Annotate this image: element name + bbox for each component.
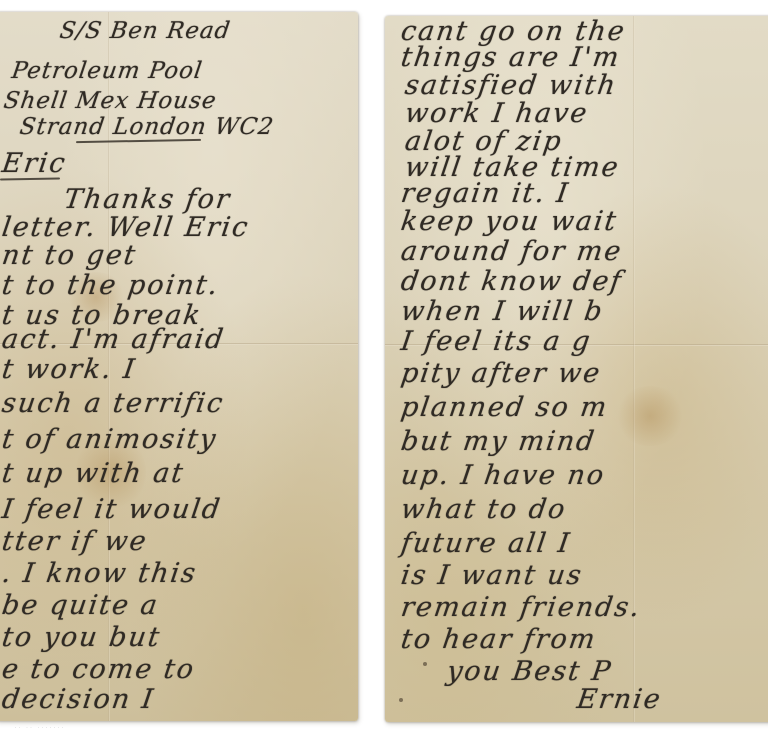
letter-line: be quite a	[0, 590, 161, 621]
signature: Ernie	[575, 684, 664, 715]
header-building: Shell Mex House	[2, 88, 218, 114]
letter-line: is I want us	[399, 560, 585, 591]
header-ship-name: S/S Ben Read	[58, 18, 232, 44]
faint-caption: ·· ·· ·······	[14, 722, 65, 732]
letter-line: what to do	[399, 494, 569, 525]
header-address: Strand London WC2	[18, 114, 276, 140]
letter-line: regain it. I	[399, 178, 572, 209]
closing-line: you Best P	[445, 656, 614, 687]
letter-line: satisfied with	[403, 70, 619, 101]
letter-line: . I know this	[0, 558, 199, 589]
letter-page-left: S/S Ben Read Petroleum Pool Shell Mex Ho…	[0, 12, 358, 721]
letter-line: such a terrific	[0, 388, 226, 419]
letter-line: decision I	[0, 684, 157, 715]
letter-line: I feel its a g	[399, 326, 594, 357]
letter-line: nt to get	[0, 240, 139, 271]
letter-line: work I have	[403, 98, 591, 129]
letter-line: letter. Well Eric	[0, 212, 252, 243]
letter-line: act. I'm afraid	[0, 324, 227, 355]
letter-line: future all I	[399, 528, 573, 559]
letter-line: around for me	[399, 236, 625, 267]
letter-line: I feel it would	[0, 494, 224, 525]
ink-spot	[423, 662, 427, 666]
letter-page-right: cant go on the things are I'm satisfied …	[385, 16, 768, 722]
letter-line: Thanks for	[62, 184, 233, 215]
ink-spot	[399, 698, 403, 702]
letter-line: to you but	[0, 622, 163, 653]
salutation: Eric	[0, 148, 69, 179]
letter-line: things are I'm	[399, 42, 623, 73]
salutation-underline	[0, 177, 60, 180]
header-organisation: Petroleum Pool	[10, 58, 204, 84]
letter-line: pity after we	[399, 358, 603, 389]
letter-line: dont know def	[399, 266, 625, 297]
letter-line: planned so m	[399, 392, 610, 423]
letter-line: t to the point.	[0, 270, 221, 301]
stain	[615, 386, 685, 446]
letter-line: t up with at	[0, 458, 187, 489]
letter-line: t work. I	[0, 354, 138, 385]
photo-scene: S/S Ben Read Petroleum Pool Shell Mex Ho…	[0, 0, 768, 735]
letter-line: keep you wait	[399, 206, 620, 237]
letter-line: up. I have no	[399, 460, 607, 491]
letter-line: when I will b	[399, 296, 606, 327]
letter-line: remain friends.	[399, 592, 643, 623]
letter-line: to hear from	[399, 624, 599, 655]
letter-line: but my mind	[399, 426, 598, 457]
letter-line: t of animosity	[0, 424, 219, 455]
letter-line: tter if we	[0, 526, 150, 557]
letter-line: e to come to	[0, 654, 197, 685]
